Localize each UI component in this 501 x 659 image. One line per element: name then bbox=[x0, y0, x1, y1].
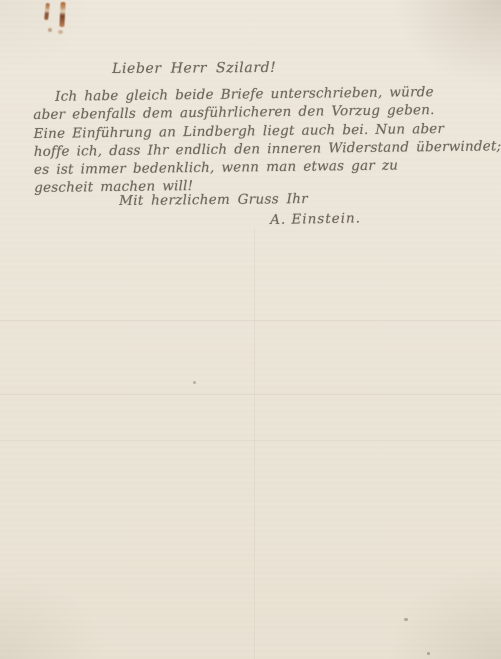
rust-dot bbox=[58, 30, 63, 34]
fold-crease-horizontal bbox=[0, 320, 501, 322]
foxing-speck bbox=[427, 652, 430, 655]
greeting-line: Lieber Herr Szilard! bbox=[112, 60, 276, 77]
fold-crease-horizontal bbox=[0, 394, 501, 396]
fold-crease-vertical bbox=[254, 228, 256, 659]
fold-crease-horizontal bbox=[0, 440, 501, 442]
letter-page: Lieber Herr Szilard! Ich habe gleich bei… bbox=[0, 0, 501, 659]
rust-stroke bbox=[44, 3, 50, 20]
letter-scan: Lieber Herr Szilard! Ich habe gleich bei… bbox=[0, 0, 501, 659]
rust-stroke bbox=[59, 2, 65, 27]
signature: A. Einstein. bbox=[270, 210, 361, 228]
rust-dot bbox=[48, 28, 52, 32]
closing-line: Mit herzlichem Gruss Ihr bbox=[119, 191, 308, 209]
letter-body: Ich habe gleich beide Briefe unterschrie… bbox=[33, 82, 496, 197]
foxing-speck bbox=[404, 618, 408, 621]
foxing-speck bbox=[193, 381, 196, 384]
